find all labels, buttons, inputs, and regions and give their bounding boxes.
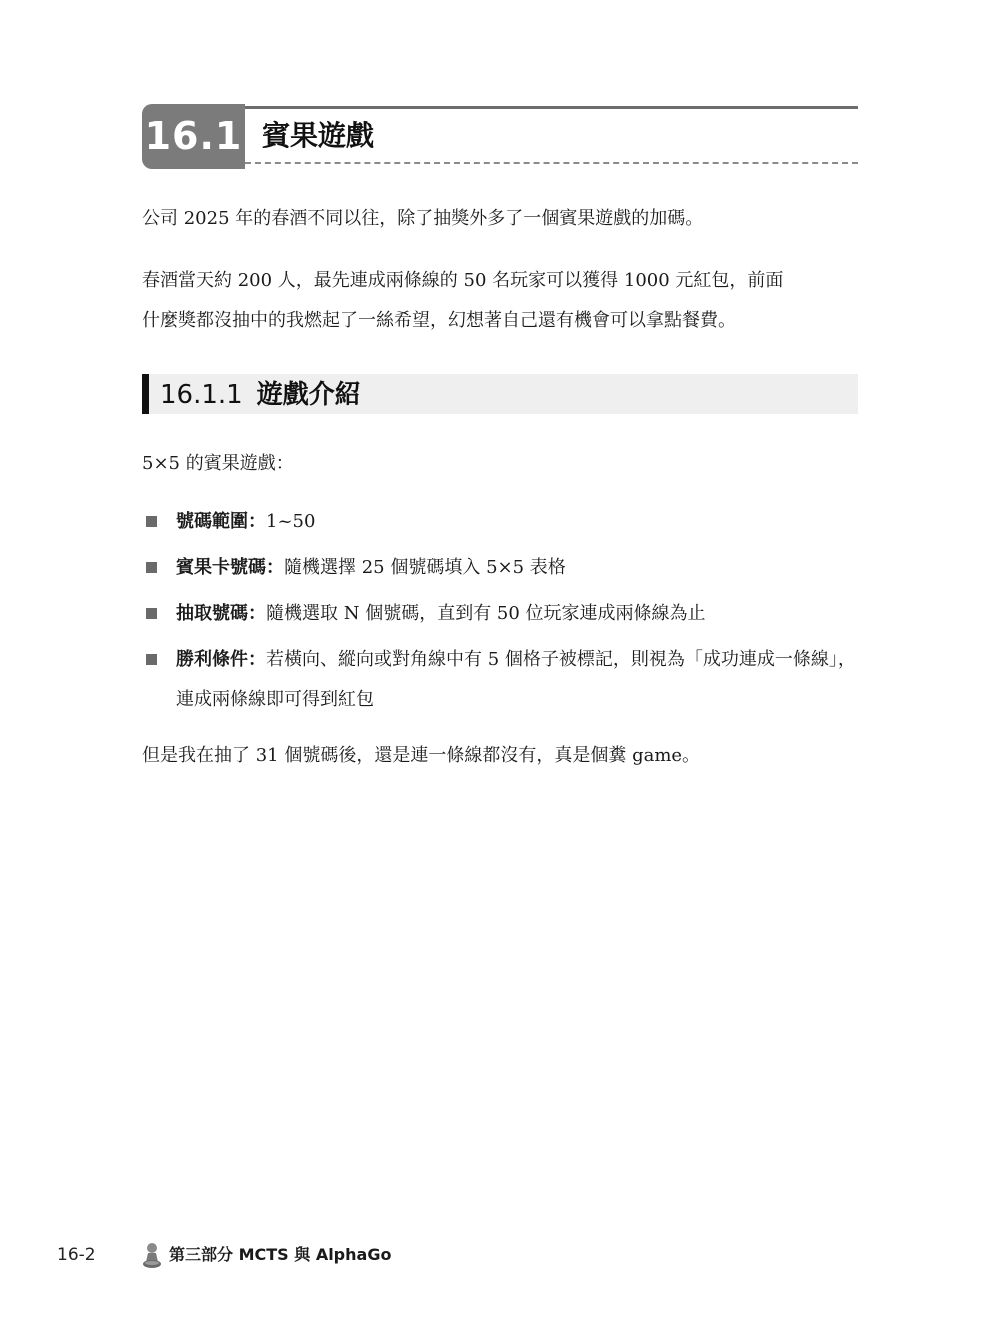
- rule-item-range: 號碼範圍：1~50: [142, 502, 862, 542]
- page-number: 16-2: [57, 1240, 96, 1270]
- subsection-title-text: 遊戲介紹: [257, 380, 361, 410]
- rule-text: 1~50: [266, 511, 315, 532]
- section-header: 16.1 賓果遊戲: [142, 104, 858, 170]
- square-bullet-icon: [146, 562, 157, 573]
- section-top-rule: [245, 106, 858, 109]
- pawn-icon: [141, 1242, 163, 1270]
- rule-text: 若橫向、縱向或對角線中有 5 個格子被標記，則視為「成功連成一條線」，連成兩條線…: [176, 649, 856, 710]
- rules-list: 號碼範圍：1~50 賓果卡號碼：隨機選擇 25 個號碼填入 5×5 表格 抽取號…: [142, 502, 862, 726]
- page-footer: 16-2 第三部分 MCTS 與 AlphaGo: [57, 1240, 457, 1270]
- rule-text: 隨機選取 N 個號碼，直到有 50 位玩家連成兩條線為止: [266, 603, 706, 624]
- subsection-title: 16.1.1遊戲介紹: [160, 374, 361, 416]
- intro-paragraph-2-line-2: 什麼獎都沒抽中的我燃起了一絲希望，幻想著自己還有機會可以拿點餐費。: [142, 301, 862, 341]
- game-intro: 5×5 的賓果遊戲：: [142, 444, 862, 484]
- section-title: 賓果遊戲: [262, 116, 374, 156]
- rule-label: 抽取號碼：: [176, 603, 266, 624]
- square-bullet-icon: [146, 608, 157, 619]
- subsection-bar: [142, 374, 149, 414]
- subsection-number: 16.1.1: [160, 380, 243, 410]
- rule-label: 賓果卡號碼：: [176, 557, 284, 578]
- rule-label: 勝利條件：: [176, 649, 266, 670]
- conclusion-paragraph: 但是我在抽了 31 個號碼後，還是連一條線都沒有，真是個糞 game。: [142, 736, 862, 776]
- rule-item-card: 賓果卡號碼：隨機選擇 25 個號碼填入 5×5 表格: [142, 548, 862, 588]
- rule-item-win: 勝利條件：若橫向、縱向或對角線中有 5 個格子被標記，則視為「成功連成一條線」，…: [142, 640, 862, 720]
- part-title: 第三部分 MCTS 與 AlphaGo: [169, 1240, 391, 1270]
- rule-item-draw: 抽取號碼：隨機選取 N 個號碼，直到有 50 位玩家連成兩條線為止: [142, 594, 862, 634]
- intro-paragraph-1: 公司 2025 年的春酒不同以往，除了抽獎外多了一個賓果遊戲的加碼。: [142, 199, 862, 239]
- intro-paragraph-2-line-1: 春酒當天約 200 人，最先連成兩條線的 50 名玩家可以獲得 1000 元紅包…: [142, 261, 862, 301]
- section-dashed-rule: [245, 162, 858, 164]
- subsection-header: 16.1.1遊戲介紹: [142, 374, 858, 414]
- square-bullet-icon: [146, 654, 157, 665]
- rule-label: 號碼範圍：: [176, 511, 266, 532]
- square-bullet-icon: [146, 516, 157, 527]
- section-number: 16.1: [142, 104, 245, 169]
- rule-text: 隨機選擇 25 個號碼填入 5×5 表格: [284, 557, 566, 578]
